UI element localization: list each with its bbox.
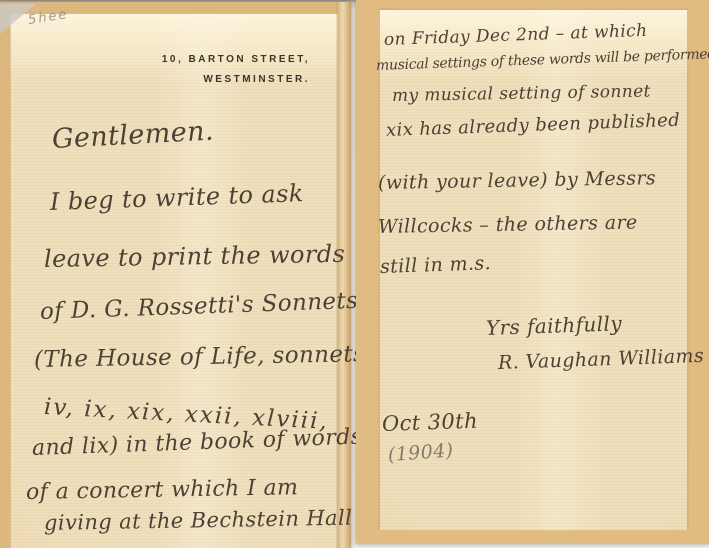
scanned-letter: 5hee 10, BARTON STREET, WESTMINSTER. Gen… bbox=[0, 0, 709, 548]
letterhead-city: WESTMINSTER. bbox=[162, 74, 310, 85]
handwriting-line: of a concert which I am bbox=[26, 475, 299, 505]
handwriting-line: Willcocks – the others are bbox=[378, 211, 638, 238]
left-page-paper bbox=[10, 13, 338, 548]
valediction: Yrs faithfully bbox=[486, 311, 623, 340]
handwriting-line: leave to print the words bbox=[44, 240, 346, 273]
date-year-pencil: (1904) bbox=[387, 439, 454, 466]
letterhead: 10, BARTON STREET, WESTMINSTER. bbox=[162, 54, 310, 85]
letterhead-street: 10, BARTON STREET, bbox=[162, 54, 310, 65]
handwriting-line: still in m.s. bbox=[380, 252, 492, 278]
right-page: on Friday Dec 2nd – at which musical set… bbox=[356, 0, 709, 544]
left-page: 5hee 10, BARTON STREET, WESTMINSTER. Gen… bbox=[0, 2, 351, 548]
page-fold-crease bbox=[336, 2, 351, 548]
date-line: Oct 30th bbox=[382, 409, 479, 436]
